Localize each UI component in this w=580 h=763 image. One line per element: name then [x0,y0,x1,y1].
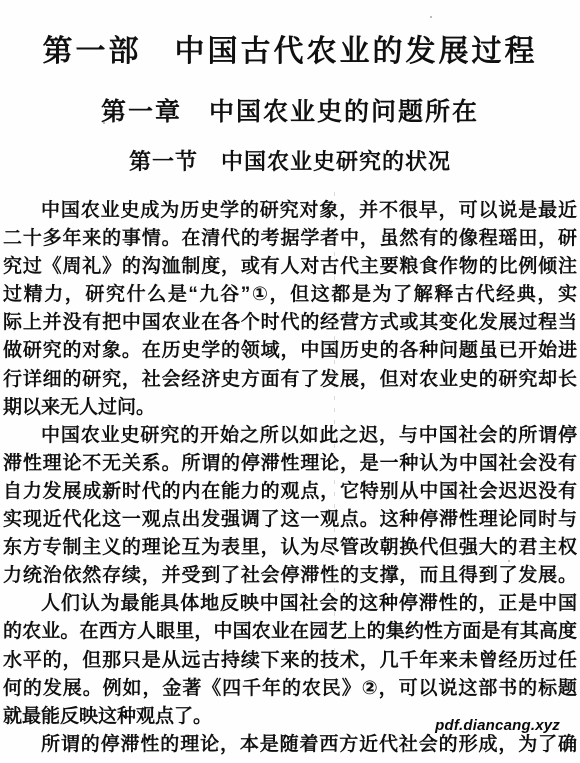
text-line: 所谓的停滞性的理论，本是随着西方近代社会的形成，为了确 [3,731,577,759]
document-page: 第一部 中国古代农业的发展过程 第一章 中国农业史的问题所在 第一节 中国农业史… [0,0,580,763]
text-line: 人们认为最能具体地反映中国社会的这种停滞性的，正是中国 [3,590,577,618]
text-line: 何的发展。例如，金著《四千年的农民》②，可以说这部书的标题 [3,675,577,703]
text-line: 滞性理论不无关系。所谓的停滞性理论，是一种认为中国社会没有 [3,450,577,478]
scan-speck-artifact [103,122,105,124]
text-line: 的农业。在西方人眼里，中国农业在园艺上的集约性方面是有其高度 [3,618,577,646]
text-line: 际上并没有把中国农业在各个时代的经营方式或其变化发展过程当 [3,309,577,337]
section-title: 第一节 中国农业史研究的状况 [0,145,580,176]
body-text: 中国农业史成为历史学的研究对象，并不很早，可以说是最近二十多年来的事情。在清代的… [3,197,577,759]
text-line: 二十多年来的事情。在清代的考据学者中，虽然有的像程瑶田，研 [3,225,577,253]
text-line: 究过《周礼》的沟洫制度，或有人对古代主要粮食作物的比例倾注 [3,253,577,281]
part-title: 第一部 中国古代农业的发展过程 [0,26,580,70]
scan-speck-artifact [508,560,510,562]
text-line: 过精力，研究什么是“九谷”①，但这都是为了解释古代经典，实 [3,281,577,309]
text-line: 实现近代化这一观点出发强调了这一观点。这种停滞性理论同时与 [3,506,577,534]
text-line: 中国农业史成为历史学的研究对象，并不很早，可以说是最近 [3,197,577,225]
text-line: 中国农业史研究的开始之所以如此之迟，与中国社会的所谓停 [3,422,577,450]
scan-speck-artifact [430,16,432,18]
text-line: 行详细的研究，社会经济史方面有了发展，但对农业史的研究却长 [3,366,577,394]
text-line: 做研究的对象。在历史学的领域，中国历史的各种问题虽已开始进 [3,337,577,365]
text-line: 自力发展成新时代的内在能力的观点，它特别从中国社会迟迟没有 [3,478,577,506]
chapter-title: 第一章 中国农业史的问题所在 [0,92,580,128]
text-line: 期以来无人过问。 [3,394,577,422]
text-line: 水平的，但那只是从远古持续下来的技术，几千年来未曾经历过任 [3,647,577,675]
text-line: 东方专制主义的理论互为表里，认为尽管改朝换代但强大的君主权 [3,534,577,562]
watermark: pdf.diancang.xyz [435,717,560,734]
text-line: 力统治依然存续，并受到了社会停滞性的支撑，而且得到了发展。 [3,562,577,590]
